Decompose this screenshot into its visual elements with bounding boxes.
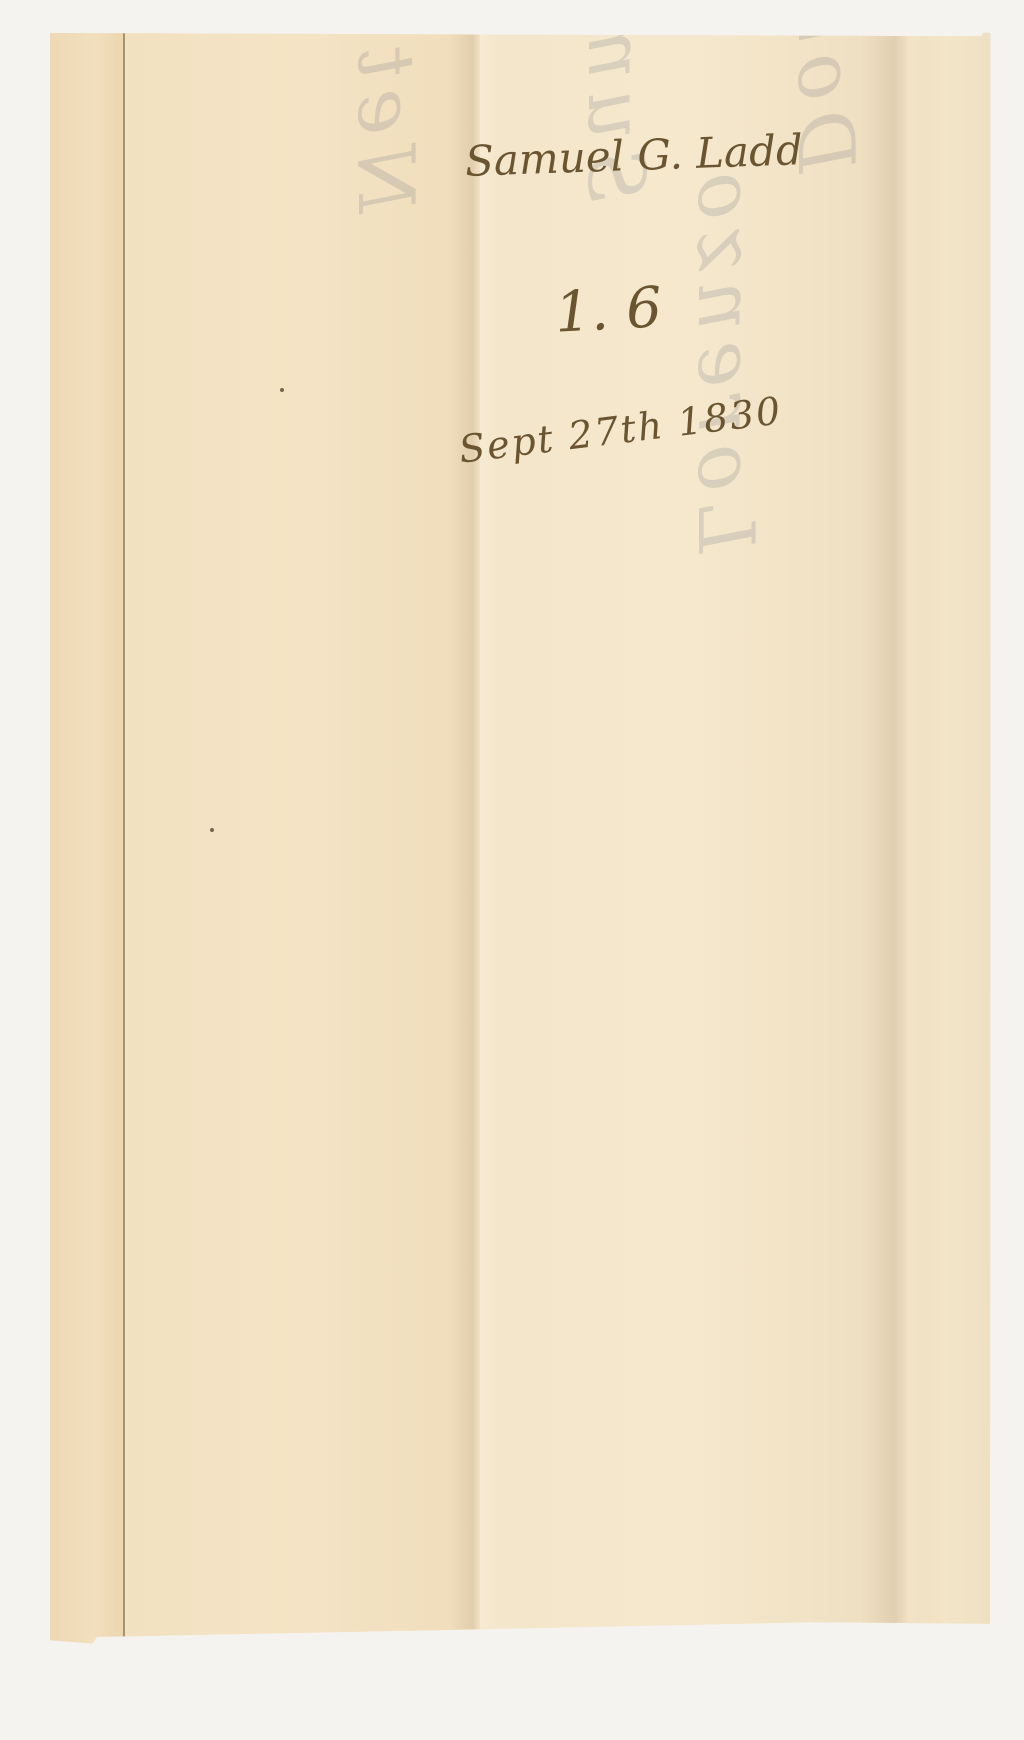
fold-crease xyxy=(450,33,500,1673)
center-panel xyxy=(480,33,900,1673)
ink-speck xyxy=(210,828,214,832)
ink-speck xyxy=(280,388,284,392)
left-flap xyxy=(50,33,124,1673)
fold-crease xyxy=(860,33,930,1673)
document-sheet: Dollars Lorenzo Sum Nett Samuel G. Ladd … xyxy=(50,33,990,1673)
left-panel xyxy=(125,33,480,1673)
handwritten-number: 1. 6 xyxy=(553,275,663,346)
